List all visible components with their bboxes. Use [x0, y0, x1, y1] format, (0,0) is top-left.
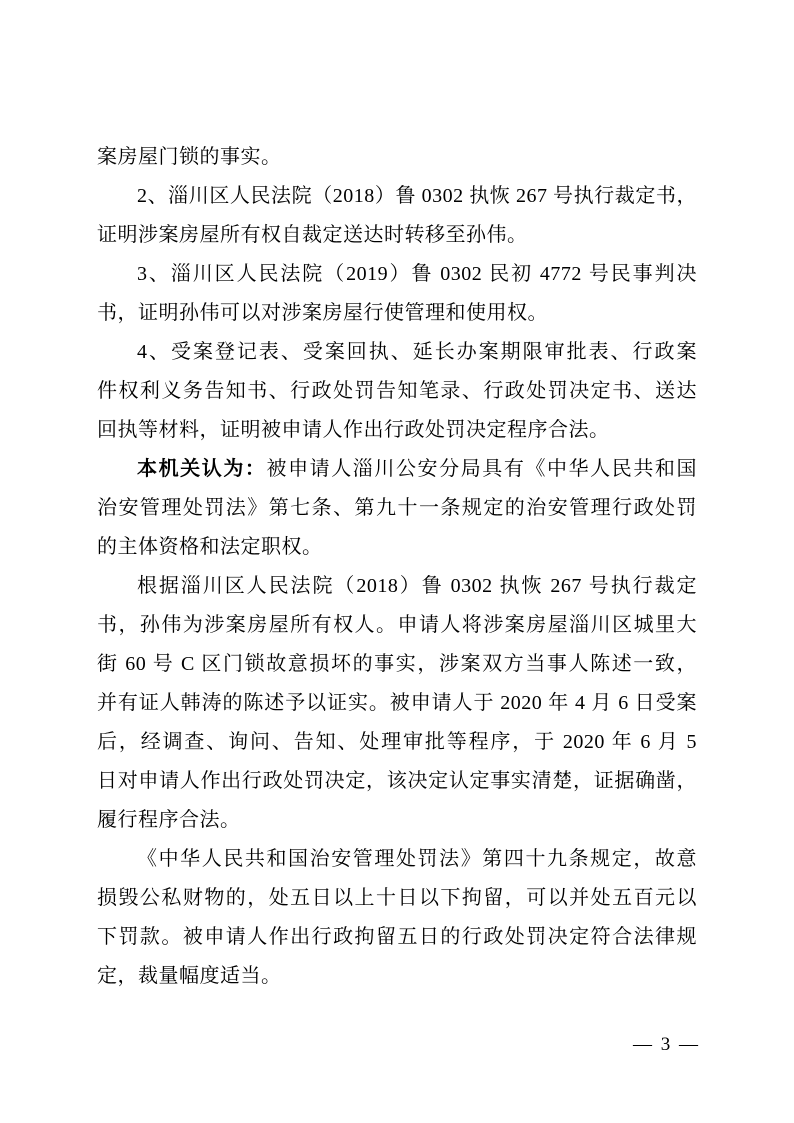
text-line: 书，孙伟为涉案房屋所有权人。申请人将涉案房屋淄川区城里大	[97, 606, 697, 645]
paragraph: 《中华人民共和国治安管理处罚法》第四十九条规定，故意 损毁公私财物的，处五日以上…	[97, 840, 697, 996]
bold-lead-text: 本机关认为：	[137, 458, 266, 480]
page-number: — 3 —	[633, 1030, 700, 1060]
paragraph: 4、受案登记表、受案回执、延长办案期限审批表、行政案 件权利义务告知书、行政处罚…	[97, 333, 697, 450]
text-line: 案房屋门锁的事实。	[97, 138, 697, 177]
paragraph: 3、淄川区人民法院（2019）鲁 0302 民初 4772 号民事判决 书，证明…	[97, 255, 697, 333]
text-line: 书，证明孙伟可以对涉案房屋行使管理和使用权。	[97, 294, 697, 333]
text-line: 损毁公私财物的，处五日以上十日以下拘留，可以并处五百元以	[97, 879, 697, 918]
text-line: 4、受案登记表、受案回执、延长办案期限审批表、行政案	[97, 333, 697, 372]
text-line: 定，裁量幅度适当。	[97, 957, 697, 996]
text-line: 回执等材料，证明被申请人作出行政处罚决定程序合法。	[97, 411, 697, 450]
text-line: 并有证人韩涛的陈述予以证实。被申请人于 2020 年 4 月 6 日受案	[97, 684, 697, 723]
document-page: 案房屋门锁的事实。 2、淄川区人民法院（2018）鲁 0302 执恢 267 号…	[0, 0, 794, 1123]
text-line: 的主体资格和法定职权。	[97, 528, 697, 567]
paragraph: 2、淄川区人民法院（2018）鲁 0302 执恢 267 号执行裁定书， 证明涉…	[97, 177, 697, 255]
text-line: 履行程序合法。	[97, 801, 697, 840]
text-line: 证明涉案房屋所有权自裁定送达时转移至孙伟。	[97, 216, 697, 255]
text-line: 件权利义务告知书、行政处罚告知笔录、行政处罚决定书、送达	[97, 372, 697, 411]
text-line: 《中华人民共和国治安管理处罚法》第四十九条规定，故意	[97, 840, 697, 879]
text-line: 治安管理处罚法》第七条、第九十一条规定的治安管理行政处罚	[97, 489, 697, 528]
paragraph: 本机关认为：被申请人淄川公安分局具有《中华人民共和国 治安管理处罚法》第七条、第…	[97, 450, 697, 567]
paragraph: 案房屋门锁的事实。	[97, 138, 697, 177]
text-line: 2、淄川区人民法院（2018）鲁 0302 执恢 267 号执行裁定书，	[97, 177, 697, 216]
text-line: 本机关认为：被申请人淄川公安分局具有《中华人民共和国	[97, 450, 697, 489]
text-line: 下罚款。被申请人作出行政拘留五日的行政处罚决定符合法律规	[97, 918, 697, 957]
text-line: 根据淄川区人民法院（2018）鲁 0302 执恢 267 号执行裁定	[97, 567, 697, 606]
paragraph: 根据淄川区人民法院（2018）鲁 0302 执恢 267 号执行裁定 书，孙伟为…	[97, 567, 697, 840]
document-body: 案房屋门锁的事实。 2、淄川区人民法院（2018）鲁 0302 执恢 267 号…	[97, 138, 697, 996]
text-line: 后，经调查、询问、告知、处理审批等程序，于 2020 年 6 月 5	[97, 723, 697, 762]
text-line: 3、淄川区人民法院（2019）鲁 0302 民初 4772 号民事判决	[97, 255, 697, 294]
text-line: 日对申请人作出行政处罚决定，该决定认定事实清楚，证据确凿，	[97, 762, 697, 801]
line-text: 被申请人淄川公安分局具有《中华人民共和国	[266, 458, 697, 480]
text-line: 街 60 号 C 区门锁故意损坏的事实，涉案双方当事人陈述一致，	[97, 645, 697, 684]
